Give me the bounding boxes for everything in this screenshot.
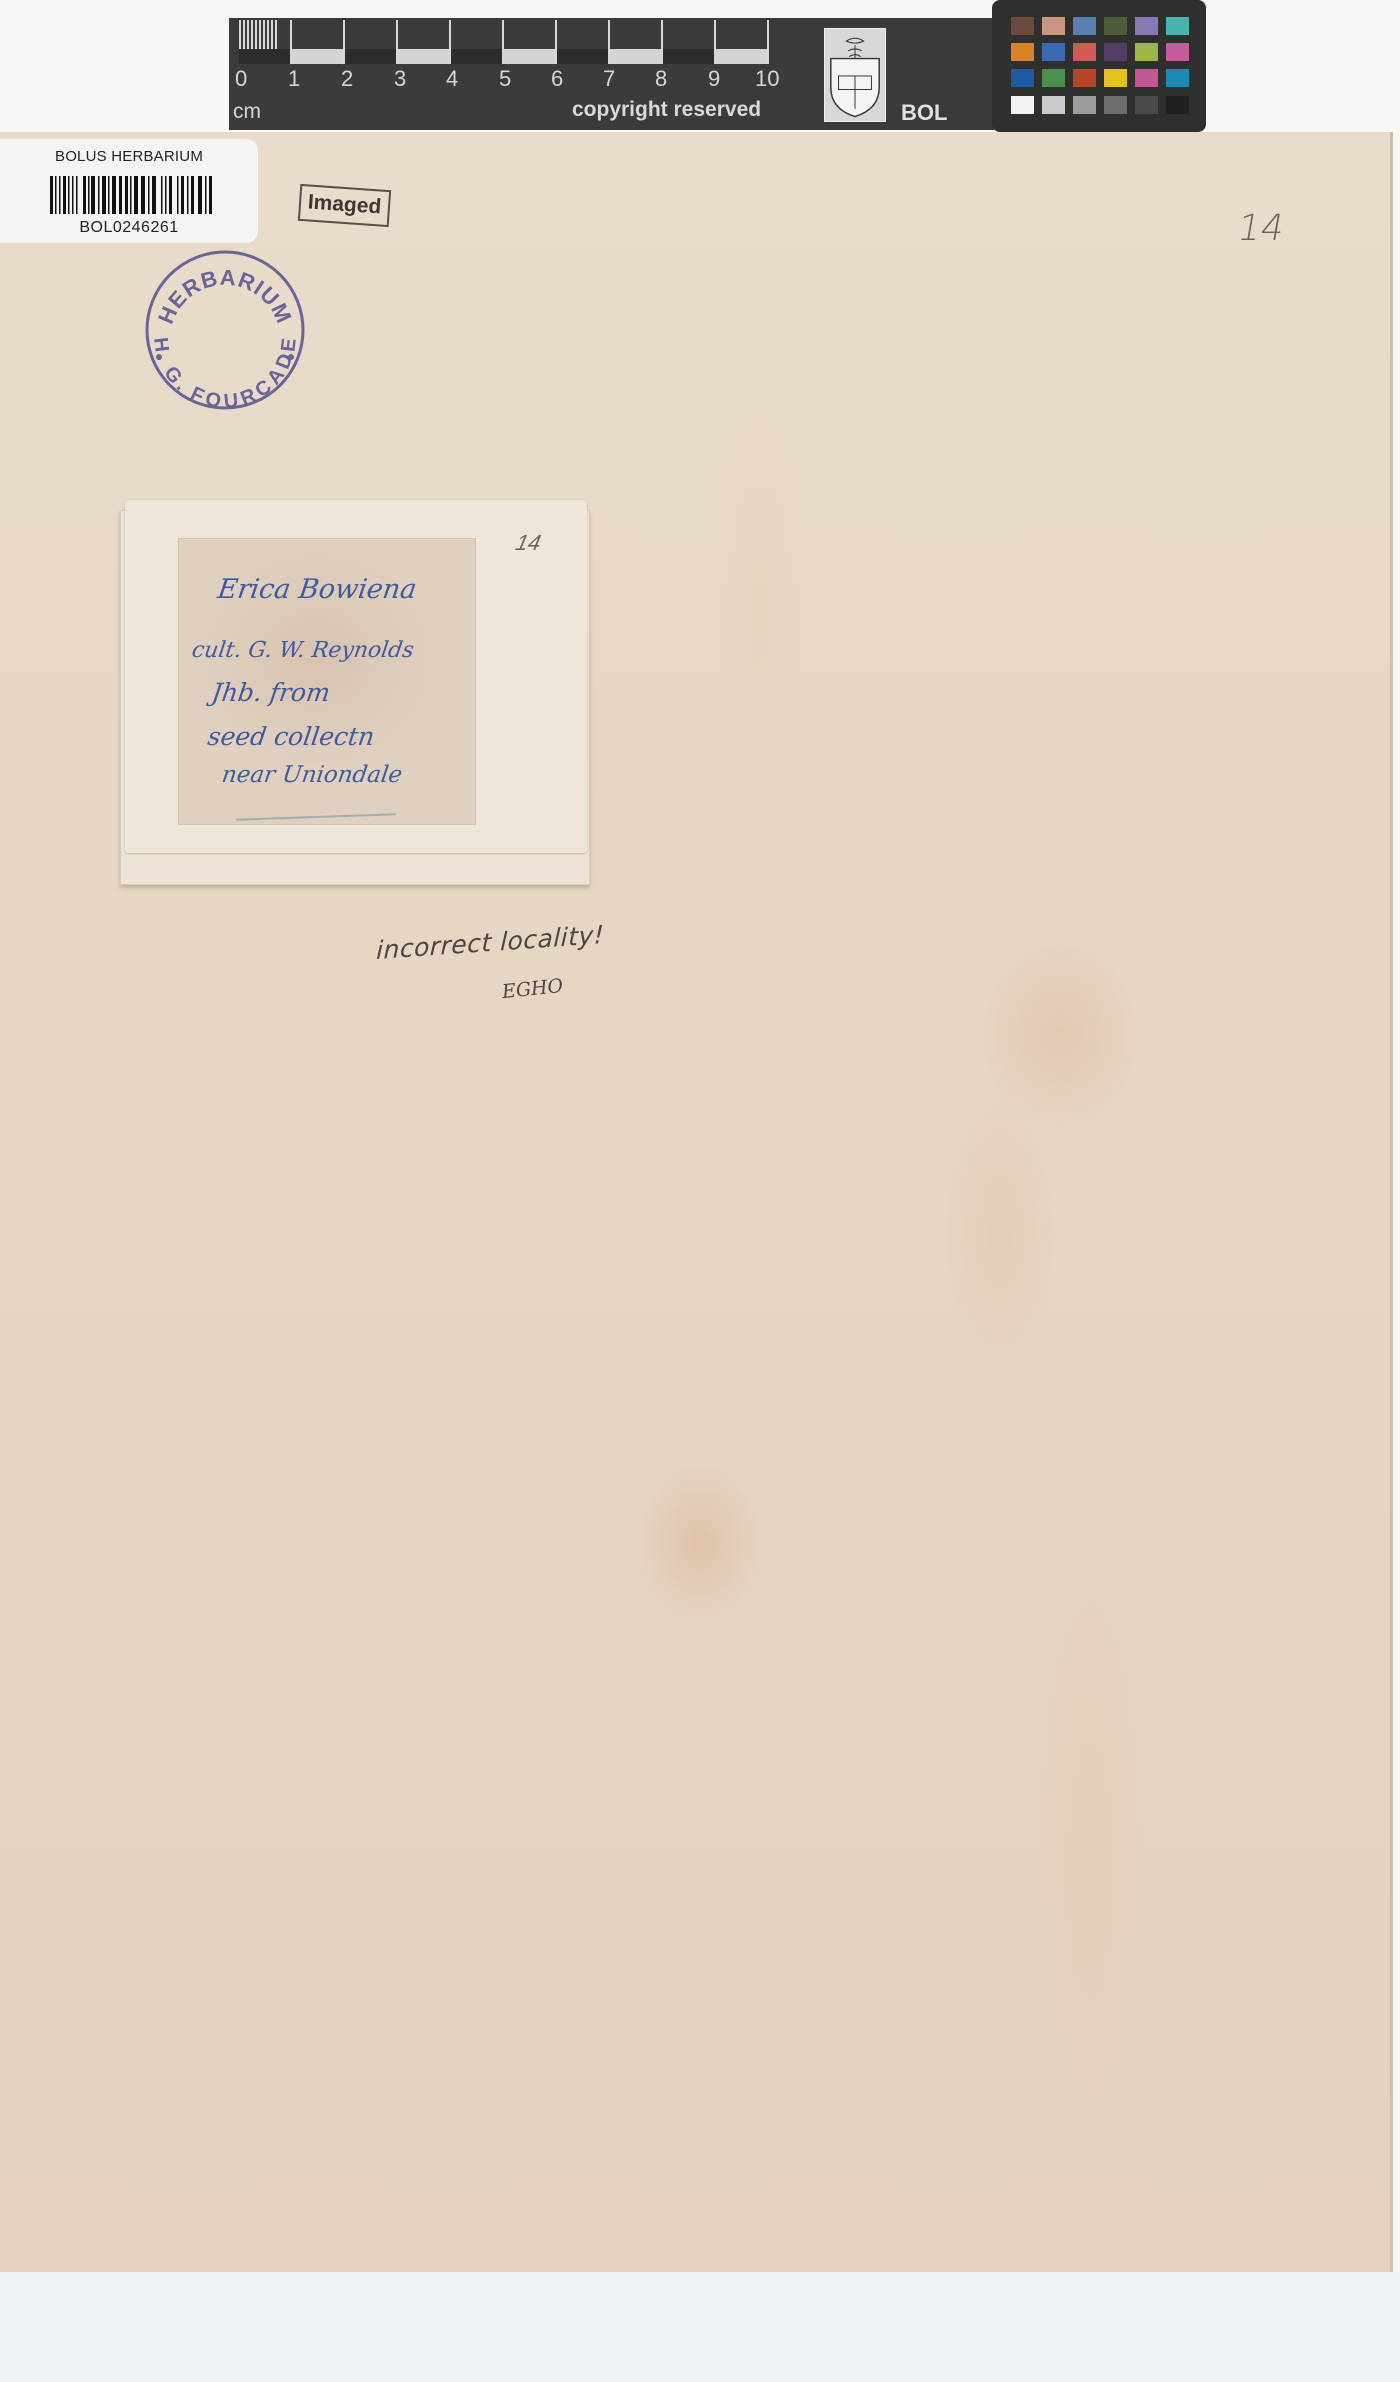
label-line: Jhb. from — [210, 678, 332, 707]
svg-text:H. G. FOURCADE: H. G. FOURCADE — [149, 336, 301, 413]
color-swatch — [1166, 69, 1189, 87]
color-swatch — [1073, 43, 1096, 61]
ruler-number: 3 — [394, 66, 406, 92]
barcode-label-title: BOLUS HERBARIUM — [0, 148, 258, 165]
handwritten-label: Erica Bowiena cult. G. W. Reynolds Jhb. … — [178, 538, 476, 825]
ruler-number: 5 — [499, 66, 511, 92]
ruler-numbers: 0 1 2 3 4 5 6 7 8 9 10 — [233, 66, 793, 92]
ruler-number: 6 — [551, 66, 563, 92]
color-swatch — [1011, 96, 1034, 114]
color-swatch — [1011, 69, 1034, 87]
color-swatch — [1073, 69, 1096, 87]
ruler-cell — [345, 20, 398, 64]
herbarium-fourcade-stamp: HERBARIUM H. G. FOURCADE — [140, 245, 310, 415]
label-line: Erica Bowiena — [216, 574, 419, 605]
ruler-number: 0 — [235, 66, 247, 92]
sheet-number: 14 — [1234, 208, 1287, 249]
ruler-number: 8 — [655, 66, 667, 92]
color-swatch — [1104, 17, 1127, 35]
ruler-cell — [557, 20, 610, 64]
label-line: cult. G. W. Reynolds — [190, 638, 415, 663]
ruler-number: 2 — [341, 66, 353, 92]
stamp-dot — [156, 354, 162, 360]
ruler-number: 9 — [708, 66, 720, 92]
imaged-stamp: Imaged — [298, 184, 391, 227]
color-swatch — [1104, 69, 1127, 87]
stamp-bottom-text: H. G. FOURCADE — [149, 336, 301, 413]
ruler-cell — [451, 20, 504, 64]
stamp-top-text: HERBARIUM — [153, 265, 297, 328]
barcode-icon — [50, 176, 215, 214]
scale-ruler: 0 1 2 3 4 5 6 7 8 9 10 cm copyright rese… — [229, 18, 994, 130]
color-swatch — [1135, 17, 1158, 35]
ruler-cell — [398, 20, 451, 64]
ruler-cell — [716, 20, 769, 64]
ruler-number: 1 — [288, 66, 300, 92]
scan-background-bottom — [0, 2272, 1400, 2382]
copyright-notice: copyright reserved — [572, 98, 761, 122]
ruler-cell — [504, 20, 557, 64]
color-swatch — [1042, 69, 1065, 87]
color-swatch — [1104, 43, 1127, 61]
ruler-cell — [610, 20, 663, 64]
color-checker-card — [992, 0, 1206, 132]
ruler-unit-label: cm — [233, 100, 261, 124]
color-swatch — [1042, 43, 1065, 61]
ruler-number: 7 — [603, 66, 615, 92]
color-swatch — [1042, 17, 1065, 35]
color-swatch — [1011, 17, 1034, 35]
ruler-cell — [292, 20, 345, 64]
barcode-label: BOLUS HERBARIUM BOL0246261 — [0, 139, 258, 243]
color-swatch — [1073, 96, 1096, 114]
herbarium-sheet — [0, 132, 1393, 2274]
barcode-id: BOL0246261 — [0, 219, 258, 237]
color-swatch — [1166, 17, 1189, 35]
stamp-dot — [288, 354, 294, 360]
ruler-millimeter-ticks — [239, 20, 279, 49]
label-line: near Uniondale — [220, 762, 404, 788]
color-swatch — [1135, 96, 1158, 114]
color-swatch — [1166, 96, 1189, 114]
color-swatch — [1011, 43, 1034, 61]
label-underline — [236, 813, 396, 821]
university-crest-icon — [824, 28, 886, 122]
color-swatch — [1104, 96, 1127, 114]
color-swatch — [1073, 17, 1096, 35]
color-swatch — [1166, 43, 1189, 61]
label-line: seed collectn — [206, 722, 376, 751]
color-swatch — [1135, 69, 1158, 87]
institution-code: BOL — [901, 100, 947, 126]
color-swatch — [1042, 96, 1065, 114]
ruler-cell — [663, 20, 716, 64]
ruler-scale-bars — [239, 20, 769, 64]
svg-text:HERBARIUM: HERBARIUM — [153, 265, 297, 328]
ruler-number: 4 — [446, 66, 458, 92]
color-swatch — [1135, 43, 1158, 61]
ruler-number: 10 — [755, 66, 779, 92]
